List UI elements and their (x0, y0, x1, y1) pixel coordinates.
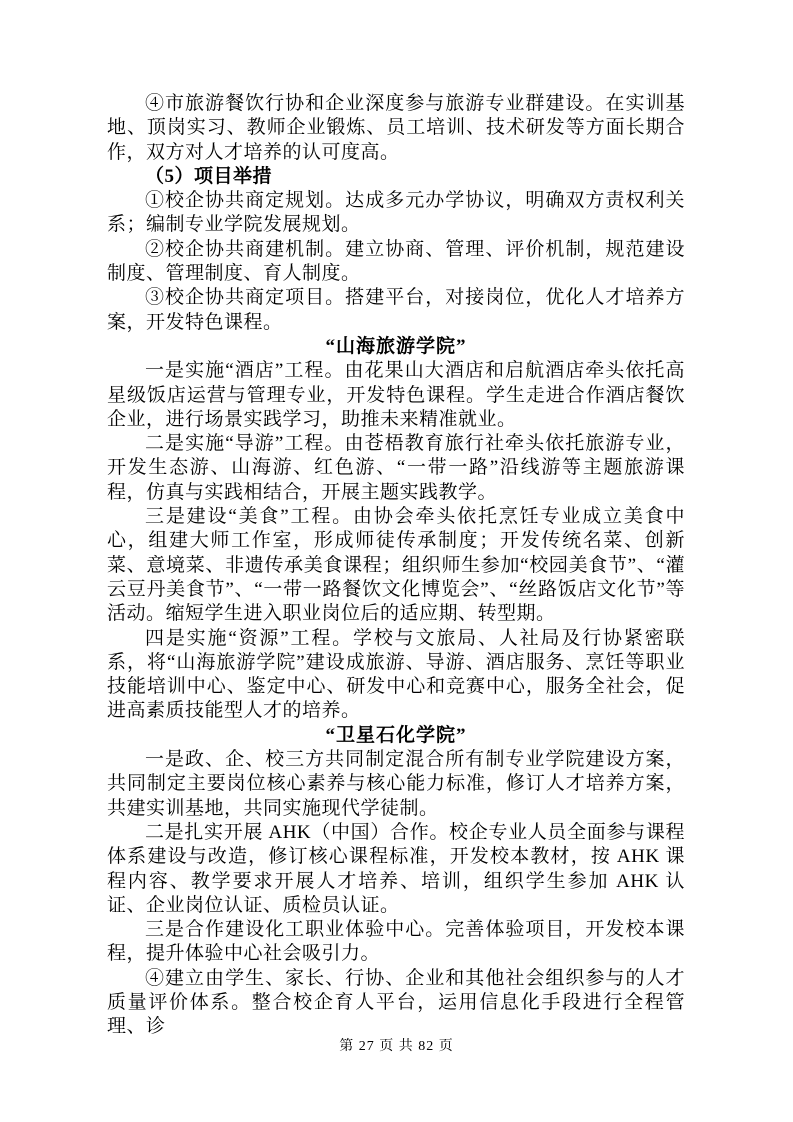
paragraph: 一是实施“酒店”工程。由花果山大酒店和启航酒店牵头依托高星级饭店运营与管理专业，… (107, 359, 685, 432)
document-page: ④市旅游餐饮行协和企业深度参与旅游专业群建设。在实训基地、顶岗实习、教师企业锻炼… (0, 0, 793, 1122)
paragraph: ②校企协共商建机制。建立协商、管理、评价机制，规范建设制度、管理制度、育人制度。 (107, 238, 685, 287)
paragraph: 二是扎实开展 AHK（中国）合作。校企专业人员全面参与课程体系建设与改造，修订核… (107, 821, 685, 918)
page-number-footer: 第 27 页 共 82 页 (0, 1038, 793, 1056)
document-body: ④市旅游餐饮行协和企业深度参与旅游专业群建设。在实训基地、顶岗实习、教师企业锻炼… (107, 92, 685, 1040)
paragraph: 三是建设“美食”工程。由协会牵头依托烹饪专业成立美食中心，组建大师工作室，形成师… (107, 505, 685, 626)
section-heading: （5）项目举措 (107, 165, 685, 189)
paragraph: 四是实施“资源”工程。学校与文旅局、人社局及行协紧密联系，将“山海旅游学院”建设… (107, 627, 685, 724)
paragraph: ④建立由学生、家长、行协、企业和其他社会组织参与的人才质量评价体系。整合校企育人… (107, 967, 685, 1040)
paragraph: ④市旅游餐饮行协和企业深度参与旅游专业群建设。在实训基地、顶岗实习、教师企业锻炼… (107, 92, 685, 165)
section-heading: “山海旅游学院” (107, 335, 685, 359)
paragraph: 二是实施“导游”工程。由苍梧教育旅行社牵头依托旅游专业，开发生态游、山海游、红色… (107, 432, 685, 505)
paragraph: ③校企协共商定项目。搭建平台，对接岗位，优化人才培养方案，开发特色课程。 (107, 286, 685, 335)
paragraph: 三是合作建设化工职业体验中心。完善体验项目，开发校本课程，提升体验中心社会吸引力… (107, 918, 685, 967)
section-heading: “卫星石化学院” (107, 724, 685, 748)
paragraph: ①校企协共商定规划。达成多元办学协议，明确双方责权利关系；编制专业学院发展规划。 (107, 189, 685, 238)
paragraph: 一是政、企、校三方共同制定混合所有制专业学院建设方案，共同制定主要岗位核心素养与… (107, 748, 685, 821)
